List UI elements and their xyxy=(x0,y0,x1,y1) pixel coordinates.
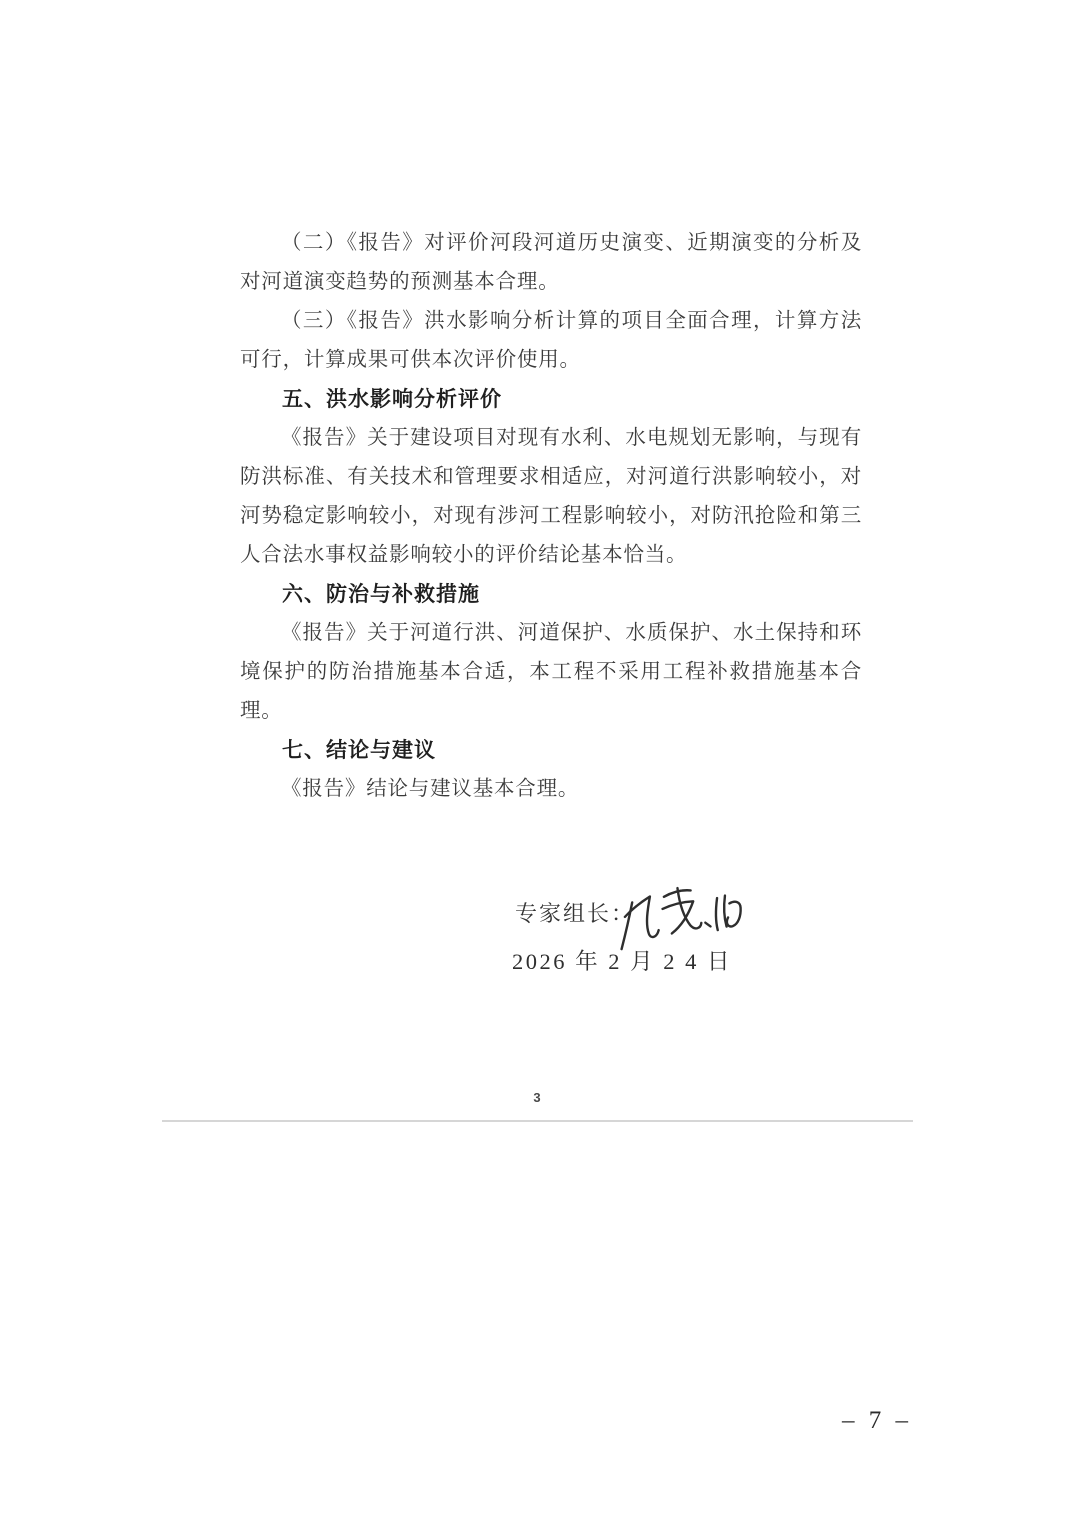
section-heading-7: 七、结论与建议 xyxy=(240,731,862,770)
paragraph-section6: 《报告》关于河道行洪、河道保护、水质保护、水土保持和环境保护的防治措施基本合适，… xyxy=(240,614,862,731)
footer-divider xyxy=(162,1120,913,1122)
inner-page-number: 3 xyxy=(0,1090,1074,1105)
signature-date: 2026 年 2 月 2 4 日 xyxy=(512,944,732,976)
paragraph-2: （二）《报告》对评价河段河道历史演变、近期演变的分析及对河道演变趋势的预测基本合… xyxy=(240,224,862,302)
document-page: （二）《报告》对评价河段河道历史演变、近期演变的分析及对河道演变趋势的预测基本合… xyxy=(0,0,1074,1520)
paragraph-3: （三）《报告》洪水影响分析计算的项目全面合理，计算方法可行，计算成果可供本次评价… xyxy=(240,302,862,380)
paragraph-section5: 《报告》关于建设项目对现有水利、水电规划无影响，与现有防洪标准、有关技术和管理要… xyxy=(240,419,862,575)
section-heading-5: 五、洪水影响分析评价 xyxy=(240,380,862,419)
document-body: （二）《报告》对评价河段河道历史演变、近期演变的分析及对河道演变趋势的预测基本合… xyxy=(240,224,862,809)
signature-block: 专家组长： xyxy=(515,898,635,948)
paragraph-section7: 《报告》结论与建议基本合理。 xyxy=(240,770,862,809)
section-heading-6: 六、防治与补救措施 xyxy=(240,575,862,614)
page-number: – 7 – xyxy=(842,1407,912,1435)
